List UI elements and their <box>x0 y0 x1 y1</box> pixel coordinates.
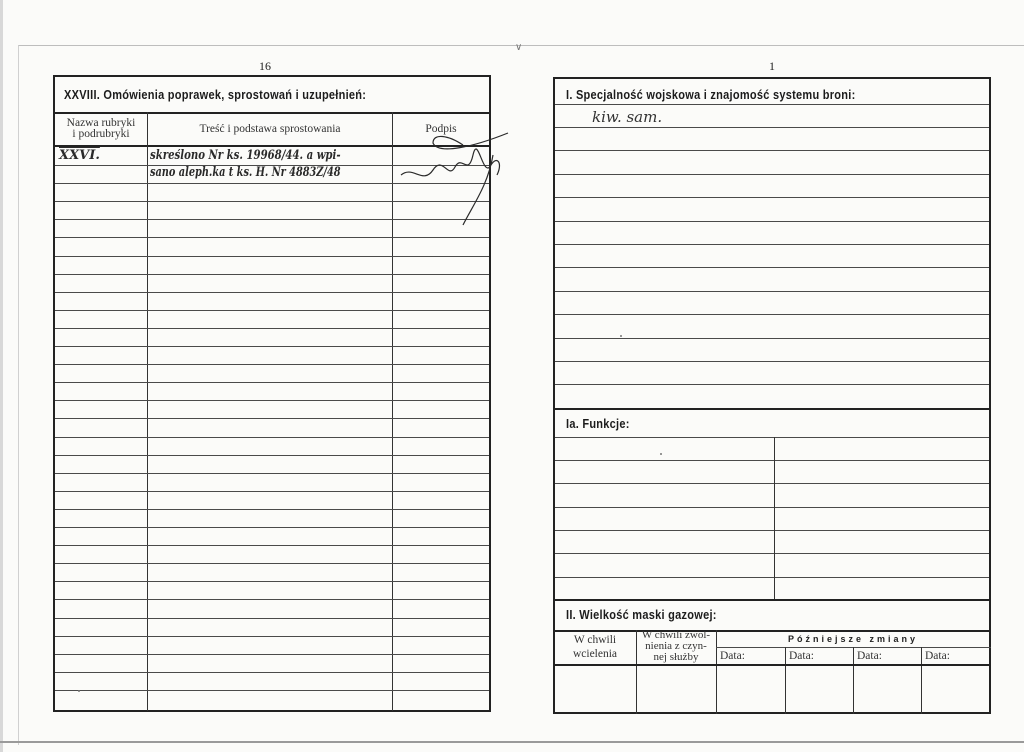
table-row-line <box>55 328 489 329</box>
row-line <box>555 577 774 578</box>
table-row-line <box>55 636 489 637</box>
table-row-line <box>55 527 489 528</box>
gasmask-col-divider-5 <box>921 647 922 714</box>
table-row-line <box>55 274 489 275</box>
ink-speck <box>78 690 80 692</box>
ink-speck <box>660 453 662 455</box>
later-changes-header: Późniejsze zmiany <box>717 634 989 644</box>
table-row-line <box>55 400 489 401</box>
row-line <box>555 437 989 438</box>
page-number-right: 1 <box>769 59 775 74</box>
enlistment-line2: wcielenia <box>555 647 635 661</box>
column-header-rubric-line2: i podrubryki <box>55 129 147 140</box>
discharge-line3: nej służby <box>637 652 715 663</box>
entry-rubric: XXVI. <box>59 148 100 163</box>
table-row-line <box>55 509 489 510</box>
row-line <box>555 314 989 315</box>
gasmask-col-divider-4 <box>853 647 854 714</box>
enlistment-line1: W chwili <box>555 633 635 647</box>
table-row-line <box>55 618 489 619</box>
row-line <box>555 150 989 151</box>
entry-content-line2: sano aleph.ka t ks. H. Nr 4883Z/48 <box>150 165 341 180</box>
table-row-line <box>55 364 489 365</box>
table-row-line <box>55 491 489 492</box>
gasmask-table-top <box>553 630 991 632</box>
row-line <box>775 507 989 508</box>
table-row-line <box>55 581 489 582</box>
column-header-discharge: W chwili zwol- nienia z czyn- nej służby <box>637 630 715 663</box>
row-line <box>775 553 989 554</box>
date-label-1: Data: <box>720 651 745 662</box>
date-label-4: Data: <box>925 651 950 662</box>
table-row-line <box>55 418 489 419</box>
row-line <box>555 483 774 484</box>
row-line <box>555 507 774 508</box>
spine-mark: ∨ <box>515 42 522 53</box>
row-line <box>775 530 989 531</box>
table-row-line <box>55 437 489 438</box>
table-row-line <box>55 455 489 456</box>
table-row-line <box>55 237 489 238</box>
table-row-line <box>55 292 489 293</box>
scan-edge <box>0 0 3 752</box>
table-row-line <box>55 690 489 691</box>
section-title-i: I. Specjalność wojskowa i znajomość syst… <box>566 88 856 102</box>
table-row-line <box>55 346 489 347</box>
table-row-line <box>55 473 489 474</box>
row-line <box>555 267 989 268</box>
table-row-line <box>55 256 489 257</box>
column-header-enlistment: W chwili wcielenia <box>555 633 635 661</box>
row-line <box>555 384 989 385</box>
ink-speck <box>620 335 622 337</box>
functions-column-divider <box>774 437 775 599</box>
row-line <box>555 197 989 198</box>
row-line <box>555 338 989 339</box>
row-line <box>555 291 989 292</box>
column-header-rubric: Nazwa rubryki i podrubryki <box>55 118 147 140</box>
entry-content-line1: skreślono Nr ks. 19968/44. a wpi- <box>150 148 341 163</box>
table-row-line <box>55 599 489 600</box>
row-line <box>555 361 989 362</box>
section-divider-ii <box>553 599 991 601</box>
row-line <box>555 530 774 531</box>
gasmask-header-bottom <box>553 664 991 666</box>
row-line <box>555 127 989 128</box>
row-line <box>555 460 774 461</box>
section-divider-ia <box>553 408 991 410</box>
row-line <box>555 553 774 554</box>
section-title-ia: Ia. Funkcje: <box>566 417 630 431</box>
section-title-xxviii: XXVIII. Omówienia poprawek, sprostowań i… <box>64 88 366 102</box>
row-line <box>555 244 989 245</box>
table-row-line <box>55 545 489 546</box>
date-label-3: Data: <box>857 651 882 662</box>
row-line <box>775 460 989 461</box>
gasmask-col-divider-3 <box>785 647 786 714</box>
book-bottom-edge <box>0 741 1024 743</box>
section-title-ii: II. Wielkość maski gazowej: <box>566 608 717 622</box>
row-line <box>555 221 989 222</box>
row-line <box>555 174 989 175</box>
specialty-entry: kiw. sam. <box>592 108 662 126</box>
column-header-content: Treść i podstawa sprostowania <box>148 124 392 135</box>
table-row-line <box>55 654 489 655</box>
table-row-line <box>55 310 489 311</box>
book-left-edge <box>18 45 19 745</box>
row-line <box>555 104 989 105</box>
table-row-line <box>55 382 489 383</box>
page-number-left: 16 <box>259 59 271 74</box>
signature-icon <box>393 125 513 235</box>
divider <box>53 112 491 114</box>
date-label-2: Data: <box>789 651 814 662</box>
table-row-line <box>55 563 489 564</box>
row-line <box>775 577 989 578</box>
table-row-line <box>55 672 489 673</box>
row-line <box>775 483 989 484</box>
